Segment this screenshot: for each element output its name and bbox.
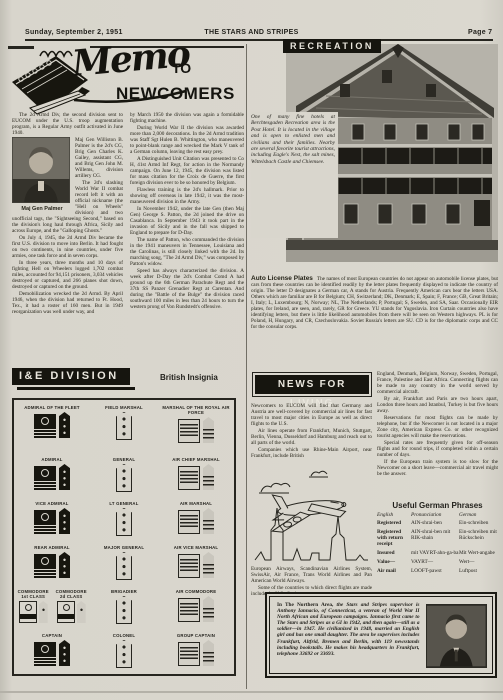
army-insignia [116, 412, 132, 440]
raf-insignia [178, 417, 214, 443]
navy-insignia [19, 601, 48, 623]
page-date: Sunday, September 2, 1951 [25, 29, 123, 36]
news-paragraph: Newcomers to EUCOM will find that German… [251, 403, 372, 427]
insignia-cell-army: GENERAL [88, 457, 160, 501]
memo-title-script: Memo [70, 33, 190, 85]
header-german: German [459, 512, 498, 518]
memo-paragraph: In three years, three months and 10 days… [12, 260, 123, 290]
british-insignia-title: British Insignia [160, 373, 218, 382]
masthead: THE STARS AND STRIPES [170, 29, 333, 36]
phrase-german: Ein-schreiben mit Rückschein [459, 529, 498, 547]
rank-label: BRIGADIER [111, 589, 137, 594]
army-insignia [116, 508, 132, 536]
phrase-row: Insured mit VAYRT-ahn-ga-ba Mit Wert-ang… [377, 550, 498, 556]
insignia-row: ADMIRAL OF THE FLEET FIELD MARSHAL MARSH… [16, 405, 232, 457]
news-paragraph: European Airways, Scandinavian Airlines … [251, 566, 372, 584]
insignia-cell-army: FIELD MARSHAL [88, 405, 160, 457]
phrase-pronunciation: VAYRT— [411, 559, 459, 565]
memo-paragraph: Demobilization wrecked the 2d Armd. By A… [12, 291, 123, 315]
phrase-pronunciation: AIN-shrai-ben mit RIK-shain [411, 529, 459, 547]
phrase-row: Registered AIN-shrai-ben Ein-schreiben [377, 520, 498, 526]
army-insignia [116, 464, 132, 492]
insignia-cell-raf: GROUP CAPTAIN [160, 633, 232, 677]
phrase-english: Registered [377, 520, 411, 526]
insignia-cell-raf: MARSHAL OF THE ROYAL AIR FORCE [160, 405, 232, 457]
news-left-column: Newcomers to EUCOM will find that German… [251, 403, 372, 460]
phrase-row: Value— VAYRT— Wert— [377, 559, 498, 565]
news-paragraph: Air lines operate from Frankfurt, Munich… [251, 428, 372, 446]
phrase-row: Registered with return receipt AIN-shrai… [377, 529, 498, 547]
maj-gen-palmer-photo [12, 137, 70, 203]
airliner-over-city-illustration [253, 468, 370, 564]
phrase-pronunciation: AIN-shrai-ben [411, 520, 459, 526]
army-insignia [116, 552, 132, 580]
news-for-living-label: NEWS FOR LIVING [255, 375, 369, 394]
rank-label: AIR VICE MARSHAL [174, 545, 219, 550]
memo-paragraph: In November 1942, under the late Gen (th… [130, 206, 244, 236]
insignia-cell-raf: AIR COMMODORE [160, 589, 232, 633]
insignia-cell-navy: CAPTAIN [16, 633, 88, 677]
phrase-pronunciation: mit VAYRT-ahn-ga-ba [411, 550, 459, 556]
memo-title-to: TO [172, 60, 191, 76]
memo-paragraph: A Distinguished Unit Citation was presen… [130, 156, 244, 186]
rank-label: ADMIRAL OF THE FLEET [24, 405, 79, 410]
rank-label: FIELD MARSHAL [105, 405, 143, 410]
page-number: Page 7 [468, 29, 492, 36]
northern-area-text: In The Northern Area, the Stars and Stri… [277, 602, 419, 676]
rank-label: REAR ADMIRAL [34, 545, 69, 550]
army-insignia [116, 640, 132, 668]
memo-title-newcomers: NEWCOMERS [116, 84, 235, 104]
phrase-pronunciation: LOOFT-pawst [411, 568, 459, 574]
memo-article-column-2: by March 1950 the division was again a f… [130, 112, 244, 358]
news-paragraph: England, Denmark, Belgium, Norway, Swede… [377, 371, 498, 395]
northern-area-body: the Stars and Stripes supervisor is Anth… [277, 602, 419, 657]
memo-paragraph: The 2d Armd Div, the second division sen… [12, 112, 123, 136]
phrase-german: Mit Wert-angabe [459, 550, 498, 556]
rank-label: COMMODORE 1st CLASS [16, 589, 50, 599]
phrase-english: Value— [377, 559, 411, 565]
insignia-cell-army: LT GENERAL [88, 501, 160, 545]
anthony-iannacio-photo [426, 604, 487, 668]
insignia-cell-raf: AIR CHIEF MARSHAL [160, 457, 232, 501]
rank-label: MAJOR GENERAL [104, 545, 144, 550]
insignia-row: REAR ADMIRAL MAJOR GENERAL AIR VICE MARS… [16, 545, 232, 589]
insignia-cell-navy: ADMIRAL [16, 457, 88, 501]
page-bottom-edge [0, 691, 503, 693]
northern-area-lead: In The Northern Area, [277, 602, 333, 608]
rank-label: LT GENERAL [109, 501, 138, 506]
memo-paragraph: The name of Patton, who commanded the di… [130, 237, 244, 267]
auto-plates-body: The names of most European countries do … [251, 276, 498, 330]
memo-paragraph: Flawless training is the 2d's hallmark. … [130, 187, 244, 205]
commodore-first-class: COMMODORE 1st CLASS [16, 589, 50, 623]
recreation-label: RECREATION [283, 39, 381, 53]
navy-insignia [34, 640, 70, 666]
recreation-caption: One of many fine hotels at Berchtesgaden… [251, 112, 338, 238]
raf-insignia [178, 640, 214, 666]
german-phrases-title: Useful German Phrases [377, 501, 498, 510]
insignia-cell-navy: REAR ADMIRAL [16, 545, 88, 589]
navy-insignia [34, 552, 70, 578]
header-english: English [377, 512, 411, 518]
memo-paragraph: by March 1950 the division was again a f… [130, 112, 244, 124]
auto-plates-lead: Auto License Plates [251, 275, 313, 282]
news-paragraph: By air, Frankfurt and Paris are two hour… [377, 396, 498, 414]
phrase-german: Luftpost [459, 568, 498, 574]
rank-label: CAPTAIN [42, 633, 62, 638]
insignia-cell-navy: VICE ADMIRAL [16, 501, 88, 545]
rank-label: AIR MARSHAL [180, 501, 212, 506]
northern-area-box: In The Northern Area, the Stars and Stri… [265, 592, 497, 678]
news-paragraph: If the European train system is too slow… [377, 459, 498, 477]
commodore-second-class: COMMODORE 2d CLASS [54, 589, 88, 623]
rank-label: COMMODORE 2d CLASS [54, 589, 88, 599]
header-pronunciation: Pronunciation [411, 512, 459, 518]
rank-label: AIR CHIEF MARSHAL [172, 457, 220, 462]
news-paragraph: Reservations for most flights can be mad… [377, 415, 498, 439]
rank-label: MARSHAL OF THE ROYAL AIR FORCE [160, 405, 232, 415]
rank-label: ADMIRAL [41, 457, 62, 462]
army-insignia [116, 596, 132, 624]
navy-insignia [34, 508, 70, 534]
memo-photo-block: Maj Gen Palmer Maj Gen Williston B. Palm… [12, 137, 123, 234]
ie-division-underbar [17, 387, 135, 390]
news-paragraph: Companies which use Rhine-Main Airport, … [251, 447, 372, 459]
phrase-row: Air mail LOOFT-pawst Luftpost [377, 568, 498, 574]
insignia-cell-raf: AIR MARSHAL [160, 501, 232, 545]
rank-label: GENERAL [113, 457, 135, 462]
german-phrases-header: English Pronunciation German [377, 512, 498, 518]
phrase-english: Air mail [377, 568, 411, 574]
rank-label: COLONEL [113, 633, 135, 638]
raf-insignia [178, 596, 214, 622]
navy-insignia [34, 412, 70, 438]
memo-paragraph: Speed has always characterized the divis… [130, 268, 244, 310]
newspaper-page: Sunday, September 2, 1951 THE STARS AND … [0, 0, 503, 700]
rank-label: VICE ADMIRAL [35, 501, 68, 506]
news-paragraph: Special rates are frequently given for o… [377, 440, 498, 458]
rank-label: AIR COMMODORE [176, 589, 217, 594]
german-phrases-table: Useful German Phrases English Pronunciat… [377, 501, 498, 577]
insignia-row: VICE ADMIRAL LT GENERAL AIR MARSHAL [16, 501, 232, 545]
navy-insignia [34, 464, 70, 490]
insignia-cell-army: MAJOR GENERAL [88, 545, 160, 589]
navy-insignia [57, 601, 86, 623]
raf-insignia [178, 464, 214, 490]
news-for-living-label-frame: NEWS FOR LIVING [252, 372, 372, 397]
insignia-cell-army: BRIGADIER [88, 589, 160, 633]
memo-paragraph: On July 4, 1945, the 2d Armd Div became … [12, 235, 123, 259]
raf-insignia [178, 552, 214, 578]
memo-article-column-1: The 2d Armd Div, the second division sen… [12, 112, 123, 358]
memo-paragraph: During World War II the division was awa… [130, 125, 244, 155]
insignia-cell-raf: AIR VICE MARSHAL [160, 545, 232, 589]
phrase-german: Wert— [459, 559, 498, 565]
insignia-cell-navy: ADMIRAL OF THE FLEET [16, 405, 88, 457]
insignia-cell-army: COLONEL [88, 633, 160, 677]
insignia-cell-navy: COMMODORE 1st CLASS COMMODORE 2d CLASS [16, 589, 88, 633]
palmer-figure: Maj Gen Palmer [12, 137, 72, 212]
british-insignia-chart: ADMIRAL OF THE FLEET FIELD MARSHAL MARSH… [12, 398, 236, 676]
insignia-row: ADMIRAL GENERAL AIR CHIEF MARSHAL [16, 457, 232, 501]
news-right-column: England, Denmark, Belgium, Norway, Swede… [377, 371, 498, 499]
palmer-photo-caption: Maj Gen Palmer [12, 206, 72, 212]
raf-insignia [178, 508, 214, 534]
ie-division-label: I&E DIVISION [12, 368, 130, 385]
insignia-row: CAPTAIN COLONEL GROUP CAPTAIN [16, 633, 232, 677]
column-divider [246, 44, 247, 689]
phrase-german: Ein-schreiben [459, 520, 498, 526]
auto-plates-article: Auto License PlatesThe names of most Eur… [251, 276, 498, 356]
phrase-english: Registered with return receipt [377, 529, 411, 547]
rank-label: GROUP CAPTAIN [177, 633, 215, 638]
phrase-english: Insured [377, 550, 411, 556]
insignia-row: COMMODORE 1st CLASS COMMODORE 2d CLASS B… [16, 589, 232, 633]
